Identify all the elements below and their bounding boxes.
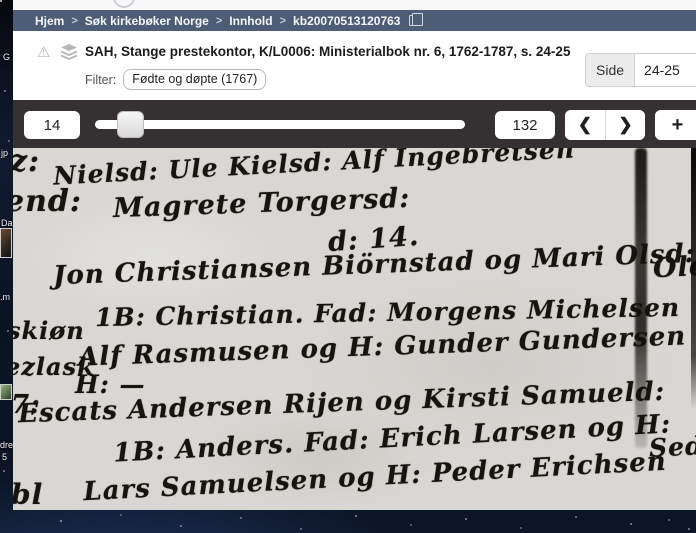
breadcrumb-item-sok-kirkeboker[interactable]: Søk kirkebøker Norge <box>85 14 209 28</box>
page-slider-handle[interactable] <box>117 111 144 138</box>
page-fold-shadow <box>635 148 647 448</box>
breadcrumb-separator: > <box>280 15 286 27</box>
previous-page-button[interactable]: ❮ <box>565 110 605 140</box>
page-top-strip <box>13 0 696 10</box>
filter-dropdown[interactable]: Fødte og døpte (1767) <box>123 69 266 90</box>
desktop-icon-thumbnail[interactable] <box>0 228 12 258</box>
scan-edge-shadow <box>691 148 696 409</box>
side-input[interactable] <box>634 53 696 87</box>
layers-icon[interactable] <box>60 44 78 65</box>
page-slider-track[interactable] <box>95 120 465 129</box>
current-page-input[interactable] <box>24 111 80 139</box>
handwriting-right-fragment: Sede <box>648 430 696 463</box>
page-number-group: Side <box>585 53 696 87</box>
desktop-icon-label[interactable]: .m <box>0 292 10 302</box>
total-pages-box: 132 <box>495 111 555 139</box>
handwriting-margin-fragment: 7: <box>13 390 41 420</box>
desktop-icon-thumbnail[interactable] <box>0 384 12 400</box>
breadcrumb-item-source-id[interactable]: kb20070513120763 <box>293 14 400 28</box>
zoom-in-button[interactable]: + <box>655 110 696 140</box>
desktop-icon-label[interactable]: G <box>3 52 10 62</box>
desktop-icon-label[interactable]: dre <box>0 440 13 450</box>
handwriting-margin-fragment: ezlask <box>13 352 95 381</box>
breadcrumb-item-innhold[interactable]: Innhold <box>229 14 272 28</box>
image-toolbar: 132 ❮ ❯ + − <box>13 100 696 148</box>
warning-icon[interactable]: ⚠ <box>37 43 50 61</box>
handwriting-margin-fragment: bl <box>13 478 43 510</box>
page-title: SAH, Stange prestekontor, K/L0006: Minis… <box>85 44 590 59</box>
breadcrumb-separator: > <box>216 15 222 27</box>
next-page-button[interactable]: ❯ <box>605 110 645 140</box>
copy-icon[interactable] <box>409 15 418 26</box>
side-label: Side <box>585 53 634 87</box>
desktop-icon-label[interactable]: jp <box>1 148 8 158</box>
site-logo-fragment <box>113 0 135 8</box>
desktop-icon-label[interactable]: Da <box>1 218 13 228</box>
desktop-stars <box>0 0 2 2</box>
handwriting-line: Magrete Torgersd: <box>113 183 411 224</box>
handwriting-margin-fragment: end: <box>13 184 82 219</box>
zoom-group: + − <box>655 110 696 140</box>
breadcrumb-item-hjem[interactable]: Hjem <box>35 14 64 28</box>
filter-row: Filter: Fødte og døpte (1767) <box>85 69 266 90</box>
desktop-icon-label[interactable]: 5 <box>2 452 7 462</box>
handwriting-right-fragment: Ole <box>652 251 696 285</box>
breadcrumb-separator: > <box>71 15 77 27</box>
handwriting-line: Nielsd: Ule Kielsd: Alf Ingebretsen <box>53 148 576 191</box>
handwriting-margin-fragment: z: <box>13 148 40 179</box>
breadcrumb: Hjem > Søk kirkebøker Norge > Innhold > … <box>13 10 696 31</box>
source-header: ⚠ SAH, Stange prestekontor, K/L0006: Min… <box>13 31 696 100</box>
filter-label: Filter: <box>85 73 116 87</box>
handwriting-margin-fragment: skiøn <box>13 316 85 345</box>
page-nav-group: ❮ ❯ <box>565 110 645 140</box>
manuscript-image-viewer[interactable]: Nielsd: Ule Kielsd: Alf Ingebretsen Magr… <box>13 148 696 510</box>
browser-content-window: Hjem > Søk kirkebøker Norge > Innhold > … <box>13 0 696 510</box>
